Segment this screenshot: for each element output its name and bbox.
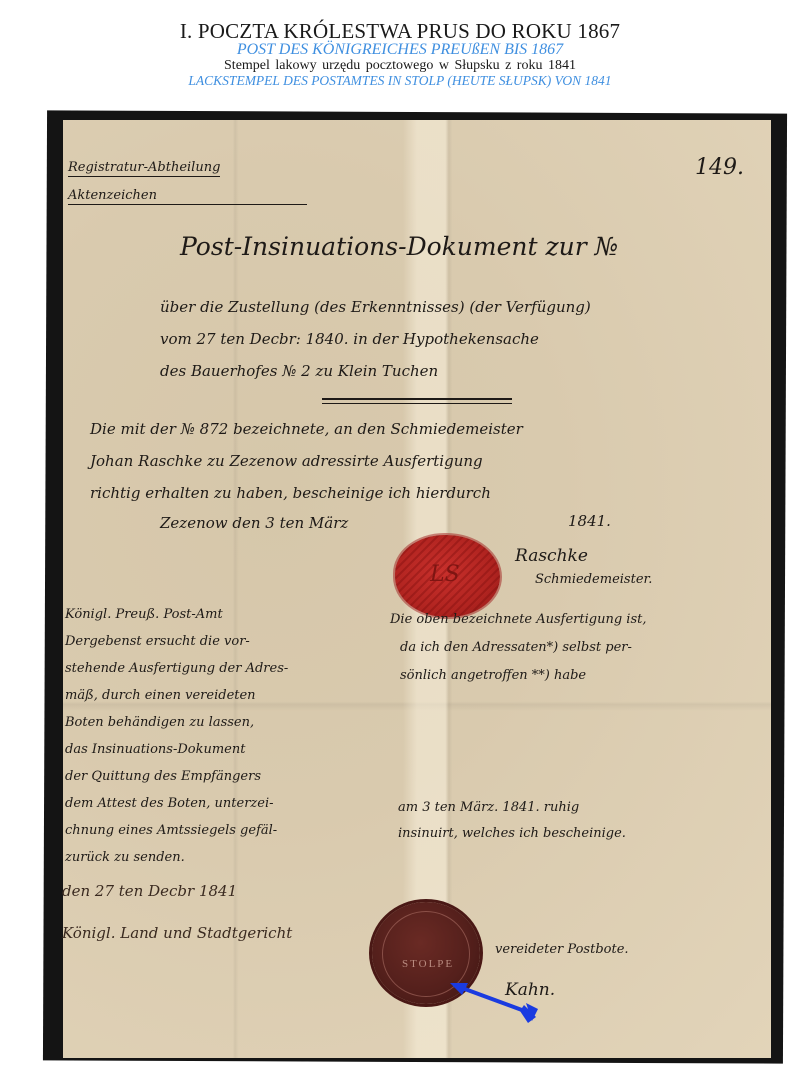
- right-col-line: sönlich angetroffen **) habe: [400, 668, 586, 683]
- left-col-line: mäß, durch einen vereideten: [65, 688, 256, 703]
- subject-line-2: vom 27 ten Decbr: 1840. in der Hypotheke…: [160, 330, 539, 348]
- year-1: 1841.: [568, 512, 611, 530]
- registry-line-1: Registratur-Abtheilung: [68, 160, 220, 177]
- document-heading: Post-Insinuations-Dokument zur №: [180, 232, 618, 261]
- double-rule-top: [322, 398, 512, 400]
- blue-arrow-icon: [440, 975, 550, 1025]
- subtitle-german: LACKSTEMPEL DES POSTAMTES IN STOLP (HEUT…: [0, 74, 800, 88]
- body-line-3: richtig erhalten zu haben, bescheinige i…: [90, 484, 491, 502]
- court-line: Königl. Land und Stadtgericht: [62, 924, 292, 942]
- left-col-line: das Insinuations-Dokument: [65, 742, 245, 757]
- registry-line-2: Aktenzeichen: [68, 188, 307, 205]
- left-col-line: chnung eines Amtssiegels gefäl-: [65, 823, 277, 838]
- right-date-line-2: insinuirt, welches ich bescheinige.: [398, 826, 626, 841]
- left-col-line: zurück zu senden.: [65, 850, 185, 865]
- left-col-line: dem Attest des Boten, unterzei-: [65, 796, 274, 811]
- left-col-line: Boten behändigen zu lassen,: [65, 715, 254, 730]
- subject-line-1: über die Zustellung (des Erkenntnisses) …: [160, 298, 591, 316]
- brown-seal-text: STOLPE: [402, 958, 454, 970]
- title-polish: I. POCZTA KRÓLESTWA PRUS DO ROKU 1867: [0, 20, 800, 42]
- right-col-line: da ich den Adressaten*) selbst per-: [400, 640, 632, 655]
- body-line-1: Die mit der № 872 bezeichnete, an den Sc…: [90, 420, 523, 438]
- left-date: den 27 ten Decbr 1841: [62, 882, 237, 900]
- right-col-line: Die oben bezeichnete Ausfertigung ist,: [390, 612, 646, 627]
- place-date-1: Zezenow den 3 ten März: [160, 514, 348, 532]
- subtitle-polish: Stempel lakowy urzędu pocztowego w Słups…: [0, 59, 800, 74]
- left-col-line: Dergebenst ersucht die vor-: [65, 634, 250, 649]
- signature-raschke-title: Schmiedemeister.: [535, 572, 652, 587]
- subject-line-3: des Bauerhofes № 2 zu Klein Tuchen: [160, 362, 438, 380]
- right-date-line-1: am 3 ten März. 1841. ruhig: [398, 800, 579, 815]
- left-col-line: Königl. Preuß. Post-Amt: [65, 607, 223, 622]
- red-seal-monogram: LS: [430, 562, 460, 587]
- page-number: 149.: [695, 155, 744, 180]
- left-col-line: der Quittung des Empfängers: [65, 769, 261, 784]
- page-header: I. POCZTA KRÓLESTWA PRUS DO ROKU 1867 PO…: [0, 20, 800, 88]
- body-line-2: Johan Raschke zu Zezenow adressirte Ausf…: [90, 452, 483, 470]
- title-german: POST DES KÖNIGREICHES PREUßEN BIS 1867: [0, 42, 800, 59]
- double-rule-bottom: [322, 403, 512, 404]
- signature-raschke: Raschke: [515, 546, 588, 566]
- left-col-line: stehende Ausfertigung der Adres-: [65, 661, 288, 676]
- messenger-title: vereideter Postbote.: [495, 942, 629, 957]
